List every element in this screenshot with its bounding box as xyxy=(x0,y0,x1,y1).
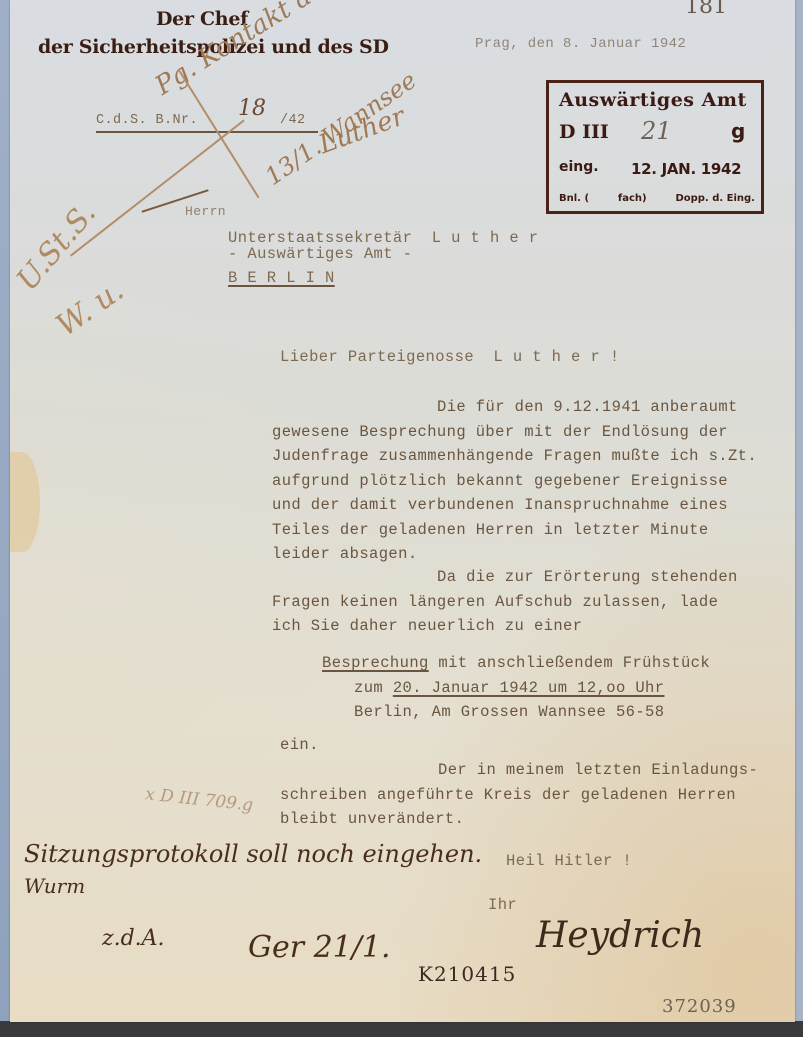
reference-number: 18 xyxy=(238,96,266,121)
handwritten-faint-reference: x D III 709.g xyxy=(144,784,254,815)
body-ein: ein. xyxy=(280,736,319,754)
handwritten-diagonal-line xyxy=(70,120,244,257)
paragraph-line: bleibt unverändert. xyxy=(280,807,758,832)
stamp-classification: g xyxy=(731,119,745,143)
reference-underline xyxy=(96,131,318,133)
handwritten-note-zda: z.d.A. xyxy=(102,926,165,951)
meeting-location: Berlin, Am Grossen Wannsee 56-58 xyxy=(354,703,664,721)
recipient-office: - Auswärtiges Amt - xyxy=(228,245,412,263)
paragraph-line: gewesene Besprechung über mit der Endlös… xyxy=(272,420,757,445)
paragraph-line: Der in meinem letzten Einladungs- xyxy=(280,758,758,783)
recipient-salutation: Herrn xyxy=(185,204,226,219)
reference-prefix: C.d.S. B.Nr. xyxy=(96,113,198,128)
handwritten-note-name: Wurm xyxy=(24,874,85,898)
photo-background-bottom xyxy=(0,1021,803,1037)
archive-number-k: K210415 xyxy=(418,962,516,986)
paragraph-line: leider absagen. xyxy=(272,542,757,567)
paragraph-line: und der damit verbundenen Inanspruchnahm… xyxy=(272,493,757,518)
photo-background-left xyxy=(0,0,10,1037)
meeting-line-2: zum 20. Januar 1942 um 12,oo Uhr xyxy=(354,679,664,697)
paragraph-line: aufgrund plötzlich bekannt gegebener Ere… xyxy=(272,469,757,494)
paragraph-line: Fragen keinen längeren Aufschub zulassen… xyxy=(272,590,738,615)
stamp-received-label: eing. xyxy=(559,159,599,175)
body-paragraph-2: Da die zur Erörterung stehenden Fragen k… xyxy=(272,565,738,639)
signature: Heydrich xyxy=(536,915,704,956)
paper-stain xyxy=(10,452,40,552)
meeting-title-rest: mit anschließendem Frühstück xyxy=(429,654,710,672)
paragraph-line: schreiben angeführte Kreis der geladenen… xyxy=(280,783,758,808)
handwritten-note-protocol: Sitzungsprotokoll soll noch eingehen. xyxy=(24,840,482,868)
stamp-footer-right: Dopp. d. Eing. xyxy=(675,193,755,204)
meeting-title: Besprechung xyxy=(322,654,429,672)
handwritten-note-left: U.St.S. xyxy=(10,196,103,298)
recipient-city: B E R L I N xyxy=(228,269,335,287)
body-paragraph-3: Der in meinem letzten Einladungs- schrei… xyxy=(280,758,758,832)
meeting-line-1: Besprechung mit anschließendem Frühstück xyxy=(322,654,710,672)
photo-background-right xyxy=(795,0,803,1037)
receipt-stamp: Auswärtiges Amt D III 21 g eing. 12. JAN… xyxy=(546,80,764,214)
stamp-received-date: 12. JAN. 1942 xyxy=(631,160,741,178)
handwritten-note-left-2: W. u. xyxy=(50,273,130,344)
handwritten-diagonal-line-2 xyxy=(179,70,260,198)
paragraph-line: Da die zur Erörterung stehenden xyxy=(272,565,738,590)
closing-ihr: Ihr xyxy=(488,896,517,914)
body-paragraph-1: Die für den 9.12.1941 anberaumt gewesene… xyxy=(272,395,757,567)
paragraph-line: Die für den 9.12.1941 anberaumt xyxy=(272,395,757,420)
letter-page: 181 Der Chef der Sicherheitspolizei und … xyxy=(10,0,795,1022)
page-number: 181 xyxy=(685,0,727,19)
meeting-date-time: 20. Januar 1942 um 12,oo Uhr xyxy=(393,679,665,697)
archive-number-page: 372039 xyxy=(662,996,737,1017)
reference-year: /42 xyxy=(280,113,306,128)
paragraph-line: Teiles der geladenen Herren in letzter M… xyxy=(272,518,757,543)
closing-salute: Heil Hitler ! xyxy=(506,852,632,870)
stamp-department: D III xyxy=(559,121,609,143)
paragraph-line: Judenfrage zusammenhängende Fragen mußte… xyxy=(272,444,757,469)
handwritten-initials: Ger 21/1. xyxy=(248,930,391,965)
stamp-title: Auswärtiges Amt xyxy=(559,89,747,111)
meeting-date-prefix: zum xyxy=(354,679,393,697)
stamp-entry-number: 21 xyxy=(641,117,672,145)
place-date: Prag, den 8. Januar 1942 xyxy=(475,36,686,52)
greeting: Lieber Parteigenosse L u t h e r ! xyxy=(280,348,620,366)
stamp-footer: Bnl. ( fach) Dopp. d. Eing. xyxy=(559,193,755,204)
paragraph-line: ich Sie daher neuerlich zu einer xyxy=(272,614,738,639)
stamp-footer-left: Bnl. ( xyxy=(559,193,589,204)
stamp-footer-mid: fach) xyxy=(618,193,647,204)
